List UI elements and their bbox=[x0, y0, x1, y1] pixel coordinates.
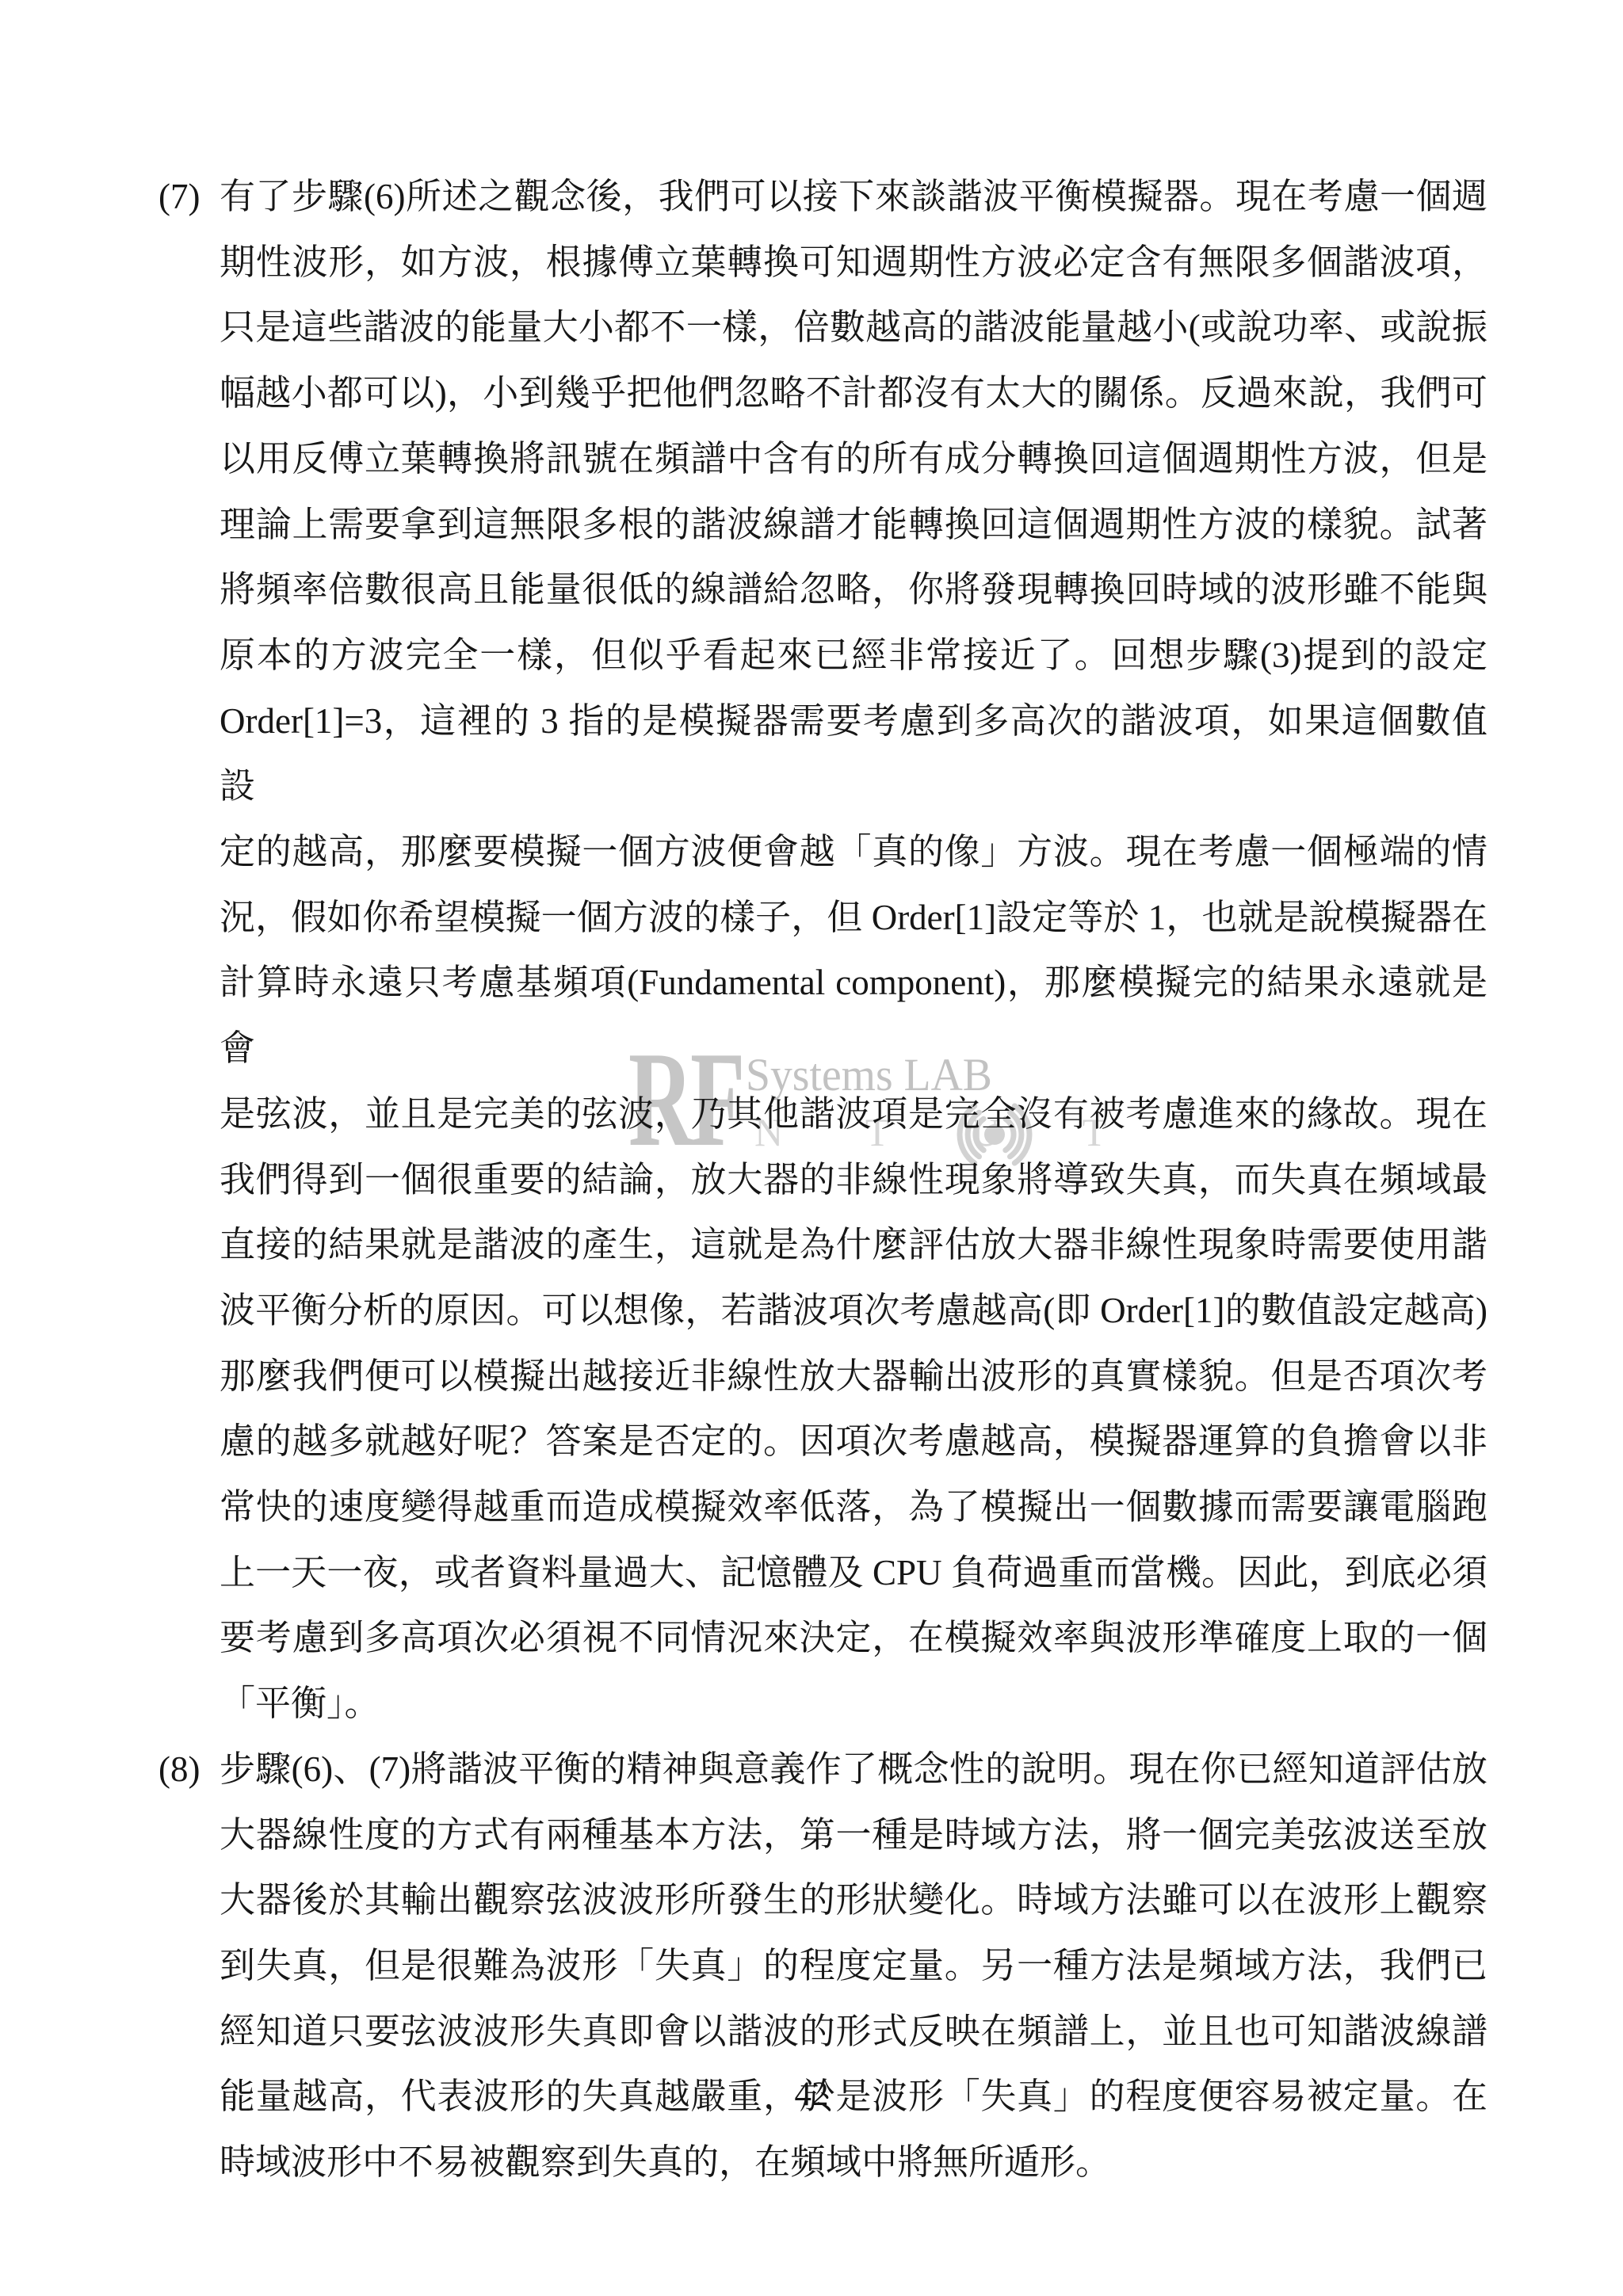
text-line: 經知道只要弦波波形失真即會以諧波的形式反映在頻譜上，並且也可知諧波線譜 bbox=[220, 1999, 1487, 2065]
text-line: Order[1]=3，這裡的 3 指的是模擬器需要考慮到多高次的諧波項，如果這個… bbox=[220, 688, 1487, 819]
text-line: 那麼我們便可以模擬出越接近非線性放大器輸出波形的真實樣貌。但是否項次考 bbox=[220, 1344, 1487, 1409]
text-line: 是弦波，並且是完美的弦波，乃其他諧波項是完全沒有被考慮進來的緣故。現在 bbox=[220, 1081, 1487, 1147]
text-line: 時域波形中不易被觀察到失真的，在頻域中將無所遁形。 bbox=[220, 2130, 1487, 2195]
text-line: 期性波形，如方波，根據傅立葉轉換可知週期性方波必定含有無限多個諧波項， bbox=[220, 230, 1487, 296]
text-line: 「平衡」。 bbox=[220, 1671, 1487, 1737]
paragraph-number: (8) bbox=[158, 1737, 220, 2195]
text-line: 波平衡分析的原因。可以想像，若諧波項次考慮越高(即 Order[1]的數值設定越… bbox=[220, 1278, 1487, 1344]
text-line: 我們得到一個很重要的結論，放大器的非線性現象將導致失真，而失真在頻域最 bbox=[220, 1147, 1487, 1213]
text-line: 理論上需要拿到這無限多根的諧波線譜才能轉換回這個週期性方波的樣貌。試著 bbox=[220, 492, 1487, 558]
text-line: 計算時永遠只考慮基頻項(Fundamental component)，那麼模擬完… bbox=[220, 950, 1487, 1081]
text-line: 幅越小都可以)，小到幾乎把他們忽略不計都沒有太大的關係。反過來說，我們可 bbox=[220, 360, 1487, 426]
document-page: RF Systems LAB N T U T (7)有了步驟(6)所述之觀念後，… bbox=[0, 0, 1623, 2296]
text-line: 要考慮到多高項次必須視不同情況來決定，在模擬效率與波形準確度上取的一個 bbox=[220, 1605, 1487, 1671]
paragraph-lines: 有了步驟(6)所述之觀念後，我們可以接下來談諧波平衡模擬器。現在考慮一個週期性波… bbox=[220, 164, 1487, 1737]
text-line: 原本的方波完全一樣，但似乎看起來已經非常接近了。回想步驟(3)提到的設定 bbox=[220, 623, 1487, 688]
text-line: 大器線性度的方式有兩種基本方法，第一種是時域方法，將一個完美弦波送至放 bbox=[220, 1802, 1487, 1868]
text-line: 步驟(6)、(7)將諧波平衡的精神與意義作了概念性的說明。現在你已經知道評估放 bbox=[220, 1737, 1487, 1802]
text-line: 常快的速度變得越重而造成模擬效率低落，為了模擬出一個數據而需要讓電腦跑 bbox=[220, 1474, 1487, 1540]
text-line: 定的越高，那麼要模擬一個方波便會越「真的像」方波。現在考慮一個極端的情 bbox=[220, 819, 1487, 885]
text-line: 將頻率倍數很高且能量很低的線譜給忽略，你將發現轉換回時域的波形雖不能與 bbox=[220, 557, 1487, 623]
text-line: 直接的結果就是諧波的產生，這就是為什麼評估放大器非線性現象時需要使用諧 bbox=[220, 1212, 1487, 1278]
text-line: 慮的越多就越好呢？答案是否定的。因項次考慮越高，模擬器運算的負擔會以非 bbox=[220, 1409, 1487, 1474]
text-line: 上一天一夜，或者資料量過大、記憶體及 CPU 負荷過重而當機。因此，到底必須 bbox=[220, 1540, 1487, 1606]
text-line: 只是這些諧波的能量大小都不一樣，倍數越高的諧波能量越小(或說功率、或說振 bbox=[220, 295, 1487, 360]
paragraph-number: (7) bbox=[158, 164, 220, 1737]
document-body: (7)有了步驟(6)所述之觀念後，我們可以接下來談諧波平衡模擬器。現在考慮一個週… bbox=[158, 164, 1487, 2195]
text-line: 到失真，但是很難為波形「失真」的程度定量。另一種方法是頻域方法，我們已 bbox=[220, 1933, 1487, 1999]
text-line: 有了步驟(6)所述之觀念後，我們可以接下來談諧波平衡模擬器。現在考慮一個週 bbox=[220, 164, 1487, 230]
paragraph: (8)步驟(6)、(7)將諧波平衡的精神與意義作了概念性的說明。現在你已經知道評… bbox=[158, 1737, 1487, 2195]
paragraph-lines: 步驟(6)、(7)將諧波平衡的精神與意義作了概念性的說明。現在你已經知道評估放大… bbox=[220, 1737, 1487, 2195]
paragraph: (7)有了步驟(6)所述之觀念後，我們可以接下來談諧波平衡模擬器。現在考慮一個週… bbox=[158, 164, 1487, 1737]
page-number: 42 bbox=[0, 2077, 1623, 2111]
text-line: 以用反傅立葉轉換將訊號在頻譜中含有的所有成分轉換回這個週期性方波，但是 bbox=[220, 426, 1487, 492]
text-line: 況，假如你希望模擬一個方波的樣子，但 Order[1]設定等於 1，也就是說模擬… bbox=[220, 885, 1487, 951]
text-line: 大器後於其輸出觀察弦波波形所發生的形狀變化。時域方法雖可以在波形上觀察 bbox=[220, 1867, 1487, 1933]
